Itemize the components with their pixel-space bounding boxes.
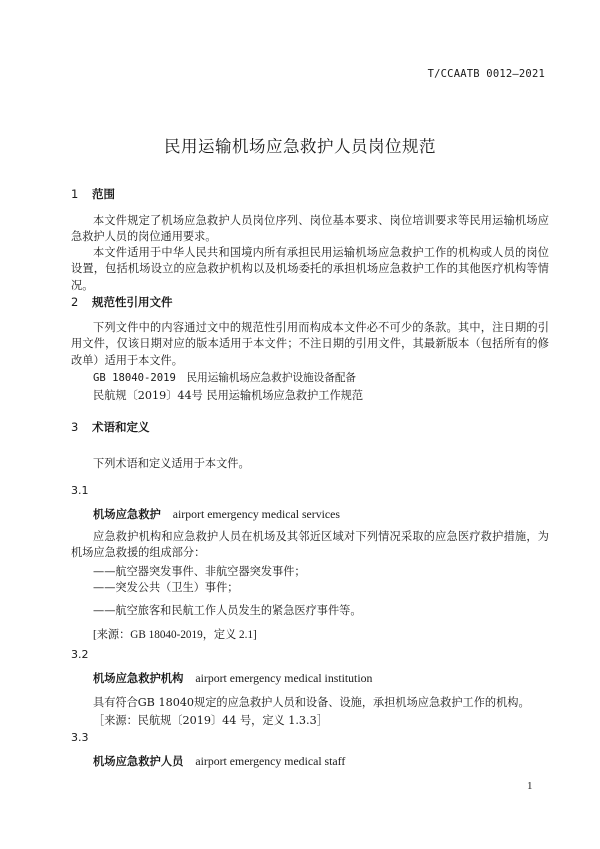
term-source: ［来源：民航规〔2019〕44 号，定义 1.3.3］	[93, 712, 328, 728]
document-id: T/CCAATB 0012—2021	[428, 68, 545, 80]
term-zh: 机场应急救护机构	[93, 672, 183, 685]
reference-item: GB 18040-2019 民用运输机场应急救护设施设备配备	[93, 370, 356, 385]
list-item: ——航空旅客和民航工作人员发生的紧急医疗事件等。	[93, 602, 362, 618]
section-title: 规范性引用文件	[92, 295, 173, 309]
paragraph: 本文件适用于中华人民共和国境内所有承担民用运输机场应急救护工作的机构或人员的岗位…	[71, 245, 549, 294]
term-zh: 机场应急救护	[93, 508, 161, 521]
section-title: 术语和定义	[92, 420, 150, 434]
term-en: airport emergency medical staff	[195, 754, 345, 768]
term-definition: 应急救护机构和应急救护人员在机场及其邻近区域对下列情况采取的应急医疗救护措施，为…	[71, 529, 549, 562]
section-number: 2	[71, 295, 92, 309]
section-heading-normative-references: 2规范性引用文件	[71, 294, 173, 310]
term-number: 3.2	[71, 648, 89, 661]
paragraph: 下列术语和定义适用于本文件。	[93, 455, 250, 471]
section-title: 范围	[92, 187, 115, 201]
term-entry: 机场应急救护机构airport emergency medical instit…	[93, 670, 372, 686]
paragraph: 下列文件中的内容通过文中的规范性引用而构成本文件必不可少的条款。其中，注日期的引…	[71, 320, 549, 369]
document-page: T/CCAATB 0012—2021 民用运输机场应急救护人员岗位规范 1范围 …	[0, 0, 600, 849]
term-en: airport emergency medical services	[173, 507, 340, 521]
term-definition: 具有符合GB 18040规定的应急救护人员和设备、设施，承担机场应急救护工作的机…	[93, 694, 530, 710]
term-zh: 机场应急救护人员	[93, 755, 183, 768]
section-number: 3	[71, 420, 92, 434]
document-title: 民用运输机场应急救护人员岗位规范	[0, 133, 600, 157]
reference-item: 民航规〔2019〕44号 民用运输机场应急救护工作规范	[93, 387, 363, 403]
term-number: 3.3	[71, 731, 89, 744]
section-heading-terms-definitions: 3术语和定义	[71, 419, 150, 435]
term-number: 3.1	[71, 484, 89, 497]
list-item: ——突发公共（卫生）事件；	[93, 579, 238, 595]
paragraph: 本文件规定了机场应急救护人员岗位序列、岗位基本要求、岗位培训要求等民用运输机场应…	[71, 213, 549, 246]
page-number: 1	[527, 780, 533, 792]
term-source: [来源：GB 18040-2019，定义 2.1]	[93, 626, 257, 642]
section-heading-scope: 1范围	[71, 186, 115, 202]
term-entry: 机场应急救护人员airport emergency medical staff	[93, 753, 345, 769]
section-number: 1	[71, 187, 92, 201]
term-entry: 机场应急救护airport emergency medical services	[93, 506, 340, 522]
term-en: airport emergency medical institution	[195, 671, 372, 685]
list-item: ——航空器突发事件、非航空器突发事件；	[93, 563, 306, 579]
